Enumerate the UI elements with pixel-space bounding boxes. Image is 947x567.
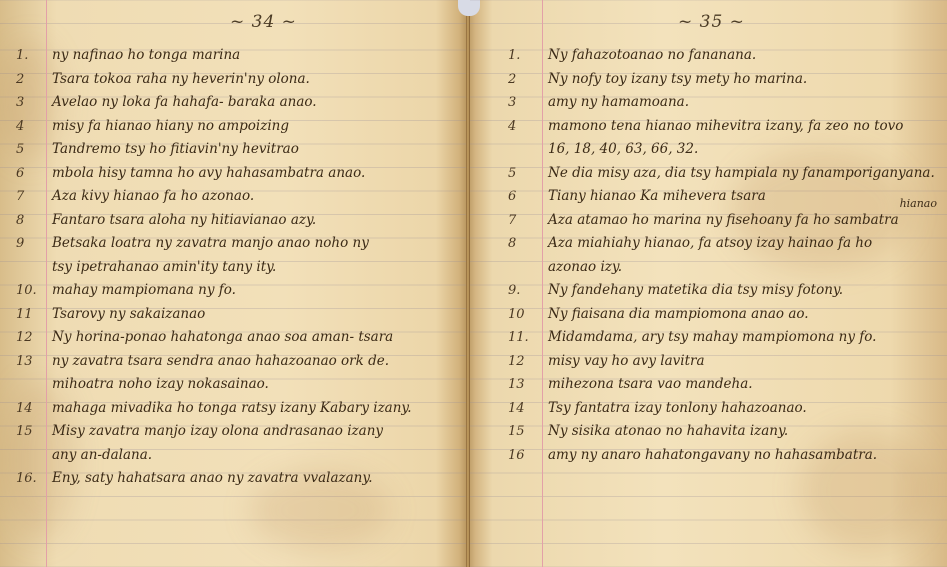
list-item: 12misy vay ho avy lavitra: [470, 350, 947, 374]
entry-text: 16, 18, 40, 63, 66, 32.: [470, 138, 947, 162]
notebook-spread: ~ 34 ~ 1.ny nafinao ho tonga marina2Tsar…: [0, 0, 947, 567]
entry-text: Misy zavatra manjo izay olona andrasanao…: [0, 420, 466, 444]
entry-number: 10: [508, 303, 525, 327]
entry-number: 1.: [508, 44, 520, 68]
entry-number: 13: [508, 373, 525, 397]
list-item: 2Ny nofy toy izany tsy mety ho marina.: [470, 68, 947, 92]
entry-text: Ny horina-ponao hahatonga anao soa aman-…: [0, 326, 466, 350]
entry-text: Ny fandehany matetika dia tsy misy foton…: [470, 279, 947, 303]
entry-number: 3: [16, 91, 24, 115]
entry-text: Ne dia misy aza, dia tsy hampiala ny fan…: [470, 162, 947, 186]
list-item: 4mamono tena hianao mihevitra izany, fa …: [470, 115, 947, 162]
entry-number: 5: [508, 162, 516, 186]
entry-text: amy ny hamamoana.: [470, 91, 947, 115]
list-item: 13ny zavatra tsara sendra anao hahazoana…: [0, 350, 466, 397]
entry-text: mbola hisy tamna ho avy hahasambatra ana…: [0, 162, 466, 186]
entry-text: azonao izy.: [470, 256, 947, 280]
entry-text: amy ny anaro hahatongavany no hahasambat…: [470, 444, 947, 468]
entry-list: 1.ny nafinao ho tonga marina2Tsara tokoa…: [0, 44, 466, 491]
entry-number: 7: [16, 185, 24, 209]
list-item: 11Tsarovy ny sakaizanao: [0, 303, 466, 327]
list-item: 4misy fa hianao hiany no ampoizing: [0, 115, 466, 139]
list-item: 1.ny nafinao ho tonga marina: [0, 44, 466, 68]
entry-number: 6: [16, 162, 24, 186]
entry-number: 16.: [16, 467, 37, 491]
entry-text: Avelao ny loka fa hahafa- baraka anao.: [0, 91, 466, 115]
entry-text: Tsy fantatra izay tonlony hahazoanao.: [470, 397, 947, 421]
entry-number: 2: [508, 68, 516, 92]
entry-text: Tsara tokoa raha ny heverin'ny olona.: [0, 68, 466, 92]
page-number: ~ 34 ~: [230, 12, 297, 32]
entry-number: 10.: [16, 279, 37, 303]
list-item: 16.Eny, saty hahatsara anao ny zavatra v…: [0, 467, 466, 491]
entry-text: tsy ipetrahanao amin'ity tany ity.: [0, 256, 466, 280]
list-item: 8Fantaro tsara aloha ny hitiavianao azy.: [0, 209, 466, 233]
entry-text: Ny fahazotoanao no fananana.: [470, 44, 947, 68]
list-item: 15Misy zavatra manjo izay olona andrasan…: [0, 420, 466, 467]
entry-list: 1.Ny fahazotoanao no fananana.2Ny nofy t…: [470, 44, 947, 467]
entry-number: 13: [16, 350, 33, 374]
list-item: 6mbola hisy tamna ho avy hahasambatra an…: [0, 162, 466, 186]
entry-text: Midamdama, ary tsy mahay mampiomona ny f…: [470, 326, 947, 350]
list-item: 11.Midamdama, ary tsy mahay mampiomona n…: [470, 326, 947, 350]
entry-text: Tsarovy ny sakaizanao: [0, 303, 466, 327]
list-item: 5Ne dia misy aza, dia tsy hampiala ny fa…: [470, 162, 947, 186]
entry-number: 4: [16, 115, 24, 139]
entry-text: mahay mampiomana ny fo.: [0, 279, 466, 303]
list-item: 7Aza kivy hianao fa ho azonao.: [0, 185, 466, 209]
entry-text: ny zavatra tsara sendra anao hahazoanao …: [0, 350, 466, 374]
entry-text: Aza atamao ho marina ny fisehoany fa ho …: [470, 209, 947, 233]
list-item: 9.Ny fandehany matetika dia tsy misy fot…: [470, 279, 947, 303]
list-item: 16amy ny anaro hahatongavany no hahasamb…: [470, 444, 947, 468]
entry-text: mahaga mivadika ho tonga ratsy izany Kab…: [0, 397, 466, 421]
entry-number: 12: [16, 326, 33, 350]
entry-number: 6: [508, 185, 516, 209]
list-item: 6Tiany hianao Ka mihevera tsara: [470, 185, 947, 209]
entry-number: 3: [508, 91, 516, 115]
entry-number: 1.: [16, 44, 28, 68]
entry-number: 9: [16, 232, 24, 256]
list-item: 10Ny fiaisana dia mampiomona anao ao.: [470, 303, 947, 327]
entry-text: mihezona tsara vao mandeha.: [470, 373, 947, 397]
list-item: 14Tsy fantatra izay tonlony hahazoanao.: [470, 397, 947, 421]
list-item: 5Tandremo tsy ho fitiavin'ny hevitrao: [0, 138, 466, 162]
entry-text: Aza kivy hianao fa ho azonao.: [0, 185, 466, 209]
entry-number: 4: [508, 115, 516, 139]
entry-number: 15: [16, 420, 33, 444]
entry-number: 11.: [508, 326, 529, 350]
entry-text: Ny fiaisana dia mampiomona anao ao.: [470, 303, 947, 327]
list-item: 9Betsaka loatra ny zavatra manjo anao no…: [0, 232, 466, 279]
entry-text: ny nafinao ho tonga marina: [0, 44, 466, 68]
entry-text: misy vay ho avy lavitra: [470, 350, 947, 374]
entry-text: Aza miahiahy hianao, fa atsoy izay haina…: [470, 232, 947, 256]
list-item: 14mahaga mivadika ho tonga ratsy izany K…: [0, 397, 466, 421]
entry-number: 9.: [508, 279, 520, 303]
right-page: ~ 35 ~ 1.Ny fahazotoanao no fananana.2Ny…: [470, 0, 947, 567]
entry-number: 15: [508, 420, 525, 444]
entry-text: mihoatra noho izay nokasainao.: [0, 373, 466, 397]
list-item: 15Ny sisika atonao no hahavita izany.: [470, 420, 947, 444]
list-item: 3amy ny hamamoana.: [470, 91, 947, 115]
entry-number: 8: [16, 209, 24, 233]
entry-text: Ny sisika atonao no hahavita izany.: [470, 420, 947, 444]
entry-text: Eny, saty hahatsara anao ny zavatra vval…: [0, 467, 466, 491]
list-item: 1.Ny fahazotoanao no fananana.: [470, 44, 947, 68]
entry-text: misy fa hianao hiany no ampoizing: [0, 115, 466, 139]
entry-number: 11: [16, 303, 33, 327]
left-page: ~ 34 ~ 1.ny nafinao ho tonga marina2Tsar…: [0, 0, 466, 567]
entry-number: 5: [16, 138, 24, 162]
list-item: 10.mahay mampiomana ny fo.: [0, 279, 466, 303]
list-item: 2Tsara tokoa raha ny heverin'ny olona.: [0, 68, 466, 92]
entry-text: Tandremo tsy ho fitiavin'ny hevitrao: [0, 138, 466, 162]
entry-number: 12: [508, 350, 525, 374]
entry-text: any an-dalana.: [0, 444, 466, 468]
entry-number: 14: [16, 397, 33, 421]
entry-text: Betsaka loatra ny zavatra manjo anao noh…: [0, 232, 466, 256]
entry-number: 2: [16, 68, 24, 92]
list-item: 12Ny horina-ponao hahatonga anao soa ama…: [0, 326, 466, 350]
entry-text: mamono tena hianao mihevitra izany, fa z…: [470, 115, 947, 139]
entry-text: Fantaro tsara aloha ny hitiavianao azy.: [0, 209, 466, 233]
entry-number: 16: [508, 444, 525, 468]
entry-text: Ny nofy toy izany tsy mety ho marina.: [470, 68, 947, 92]
entry-number: 8: [508, 232, 516, 256]
list-item: 3Avelao ny loka fa hahafa- baraka anao.: [0, 91, 466, 115]
entry-number: 7: [508, 209, 516, 233]
inserted-word: hianao: [900, 197, 937, 210]
list-item: 7Aza atamao ho marina ny fisehoany fa ho…: [470, 209, 947, 233]
page-number: ~ 35 ~: [678, 12, 745, 32]
list-item: 8Aza miahiahy hianao, fa atsoy izay hain…: [470, 232, 947, 279]
entry-text: Tiany hianao Ka mihevera tsara: [470, 185, 947, 209]
entry-number: 14: [508, 397, 525, 421]
list-item: 13mihezona tsara vao mandeha.: [470, 373, 947, 397]
